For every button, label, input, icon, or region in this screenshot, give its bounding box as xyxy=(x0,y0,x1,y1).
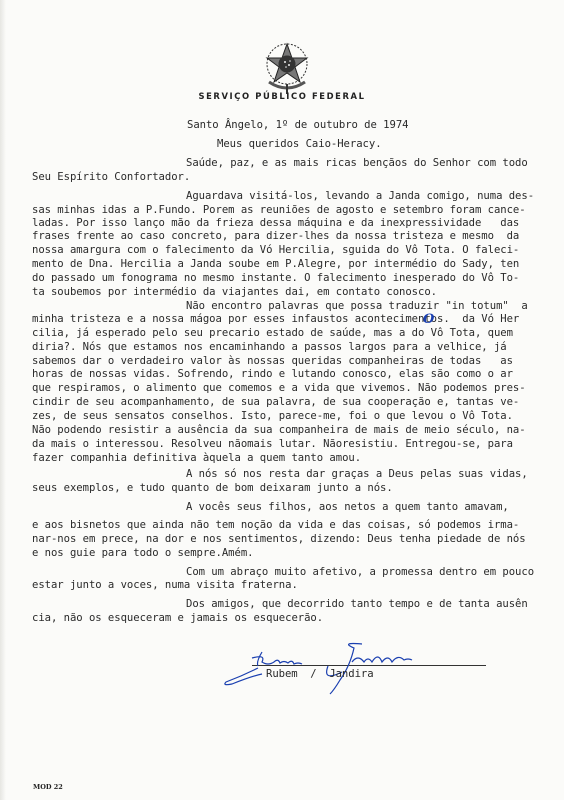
letter-line: Dos amigos, que decorrido tanto tempo e … xyxy=(186,598,528,610)
letter-line: e aos bisnetos que ainda não tem noção d… xyxy=(32,519,519,531)
letter-line: cia, não os esqueceram e jamais os esque… xyxy=(32,612,323,624)
letter-line: ladas. Por isso lanço mão da frieza dess… xyxy=(32,217,519,229)
letter-line: mento de Dna. Hercilia a Janda soube em … xyxy=(32,258,519,270)
brazil-coat-of-arms-icon xyxy=(257,38,317,98)
letter-line: da mais o interessou. Resolveu nãomais l… xyxy=(32,438,513,450)
letterhead-title: SERVIÇO PÚBLICO FEDERAL xyxy=(0,91,564,101)
letter-line: Aguardava visitá-los, levando a Janda co… xyxy=(186,190,534,202)
letter-line: estar junto a voces, numa visita fratern… xyxy=(32,579,298,591)
letter-line: cindir de seu acompanhamento, de sua pal… xyxy=(32,396,519,408)
letter-line: seus exemplos, e tudo quanto de bom deix… xyxy=(32,482,393,494)
letter-page: SERVIÇO PÚBLICO FEDERAL Santo Ângelo, 1º… xyxy=(0,0,564,800)
handwritten-correction: O xyxy=(423,312,434,327)
letter-line: sas minhas idas a P.Fundo. Porem as reun… xyxy=(32,204,526,216)
place-date: Santo Ângelo, 1º de outubro de 1974 xyxy=(187,119,408,131)
letter-line: e nos guie para todo o sempre.Amém. xyxy=(32,547,253,559)
letter-line: A vocês seus filhos, aos netos a quem ta… xyxy=(186,501,509,513)
letter-line: horas de nossas vidas. Sofrendo, rindo e… xyxy=(32,368,513,380)
letter-line: Não podendo resistir a ausência da sua c… xyxy=(32,424,526,436)
letter-line: Com um abraço muito afetivo, a promessa … xyxy=(186,566,534,578)
letter-line: cilia, já esperado pelo seu precario est… xyxy=(32,327,513,339)
letter-line: zes, de seus sensatos conselhos. Isto, p… xyxy=(32,410,513,422)
letter-line: A nós só nos resta dar graças a Deus pel… xyxy=(186,468,528,480)
letter-line: Seu Espírito Confortador. xyxy=(32,171,190,183)
page-edge-shadow xyxy=(0,0,6,800)
letter-line: ta soubemos por intermédio da viajantes … xyxy=(32,286,437,298)
signature-names: Rubem / Jandira xyxy=(266,668,374,680)
form-code: MOD 22 xyxy=(33,783,63,791)
letter-line: Não encontro palavras que possa traduzir… xyxy=(186,300,528,312)
letter-line: frases frente ao caso concreto, para diz… xyxy=(32,230,519,242)
salutation: Meus queridos Caio-Heracy. xyxy=(217,138,382,150)
letter-line: do passado um fonograma no mesmo instant… xyxy=(32,272,519,284)
letter-line: diria?. Nós que estamos nos encaminhando… xyxy=(32,341,507,353)
letter-line: fazer companhia definitiva àquela a quem… xyxy=(32,452,361,464)
letter-line: Saúde, paz, e as mais ricas bençãos do S… xyxy=(186,157,528,169)
letter-line: nar-nos em prece, na dor e nos sentiment… xyxy=(32,533,526,545)
letter-line: sabemos dar o verdadeiro valor às nossas… xyxy=(32,355,513,367)
letter-line: que respiramos, o alimento que comemos e… xyxy=(32,382,526,394)
handwritten-signatures xyxy=(222,636,422,696)
letter-line: nossa amargura com o falecimento da Vó H… xyxy=(32,244,519,256)
letter-line: minha tristeza e a nossa mágoa por esses… xyxy=(32,313,519,325)
